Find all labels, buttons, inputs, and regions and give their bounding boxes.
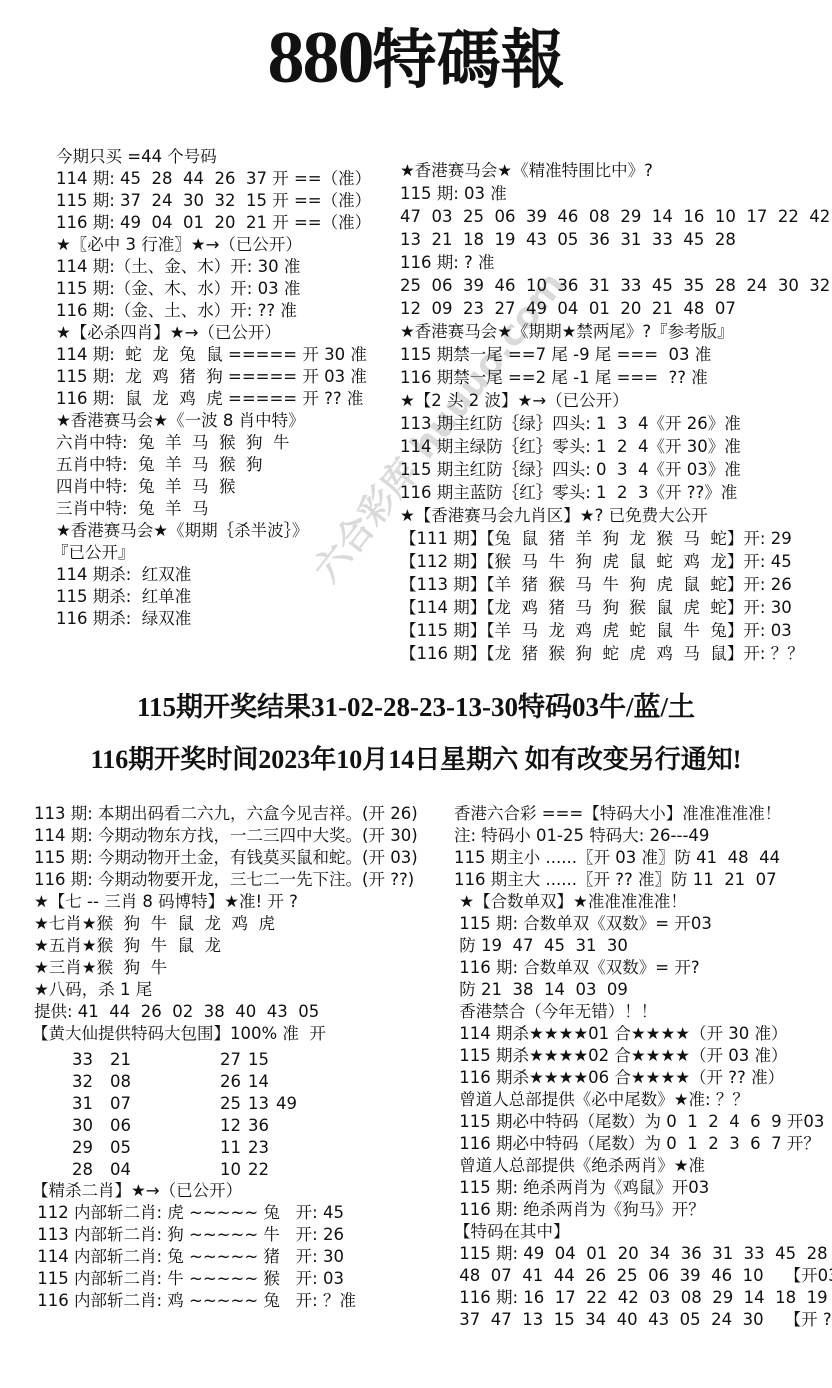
grid-cell: 13 xyxy=(248,1093,269,1115)
text-line: 【116 期】【龙 猪 猴 狗 蛇 虎 鸡 马 鼠】开: ？？ xyxy=(400,643,804,665)
grid-cell: 23 xyxy=(248,1137,269,1159)
text-line: 113 期: 本期出码看二六九，六盒今见吉祥。(开 26) xyxy=(34,803,418,825)
section-heading: ★【七 -- 三肖 8 码博特】★准! 开 ? xyxy=(34,891,298,913)
grid-cell: 06 xyxy=(110,1115,131,1137)
text-line: 防 19 47 45 31 30 xyxy=(454,935,628,957)
text-line: 五肖中特: 兔 羊 马 猴 狗 xyxy=(56,454,263,476)
text-line: 116 期: 今期动物要开龙，三七二一先下注。(开 ??) xyxy=(34,869,414,891)
text-line: 防 21 38 14 03 09 xyxy=(454,979,628,1001)
number-line: 12 09 23 27 49 04 01 20 21 48 07 xyxy=(400,298,736,320)
section-heading: 【特码在其中】 xyxy=(454,1221,570,1243)
text-line: 116 期: 合数单双《双数》= 开? xyxy=(454,957,700,979)
title-text: 特碼報 xyxy=(373,24,565,98)
text-line: 114 期杀★★★★01 合★★★★（开 30 准） xyxy=(454,1023,788,1045)
text-line: 【114 期】【龙 鸡 猪 马 狗 猴 鼠 虎 蛇】开: 30 xyxy=(400,597,792,619)
number-line: 提供: 41 44 26 02 38 40 43 05 xyxy=(34,1001,319,1023)
number-line: 48 07 41 44 26 25 06 39 46 10 【开03】 xyxy=(454,1265,832,1287)
next-draw-banner: 116期开奖时间2023年10月14日星期六 如有改变另行通知! xyxy=(0,743,832,777)
text-line: 115 期: 03 准 xyxy=(400,183,507,205)
grid-cell: 14 xyxy=(248,1071,269,1093)
number-line: 116 期: 16 17 22 42 03 08 29 14 18 19 xyxy=(454,1287,828,1309)
section-heading: ★香港赛马会★《期期｛杀半波｝》 xyxy=(56,520,308,542)
text-line: 114 期: 45 28 44 26 37 开 ==（准） xyxy=(56,168,371,190)
section-heading: 曾道人总部提供《必中尾数》★准: ？？ xyxy=(454,1089,749,1111)
text-line: 【111 期】【兔 鼠 猪 羊 狗 龙 猴 马 蛇】开: 29 xyxy=(400,528,792,550)
text-line: 115 期禁一尾 ==7 尾 -9 尾 === 03 准 xyxy=(400,344,711,366)
text-line: 115 期必中特码（尾数）为 0 1 2 4 6 9 开03 xyxy=(454,1111,824,1133)
number-line: 115 期: 49 04 01 20 34 36 31 33 45 28 xyxy=(454,1243,828,1265)
section-heading: 香港六合彩 ===【特码大小】准准准准准！ xyxy=(454,803,781,825)
text-line: 115 内部斩二肖: 牛 ~~~~~ 猴 开: 03 xyxy=(32,1268,344,1290)
text-line: 『已公开』 xyxy=(52,542,135,564)
grid-cell: 21 xyxy=(110,1049,131,1071)
grid-cell: 36 xyxy=(248,1115,269,1137)
text-line: 116 期主大 ......〖开 ?? 准〗防 11 21 07 xyxy=(454,869,777,891)
text-line: 116 期杀: 绿双准 xyxy=(56,608,191,630)
text-line: 116 期: 绝杀两肖为《狗马》开？ xyxy=(454,1199,705,1221)
number-line: 25 06 39 46 10 36 31 33 45 35 28 24 30 3… xyxy=(400,275,830,297)
draw-result-banner: 115期开奖结果31-02-28-23-13-30特码03牛/蓝/土 xyxy=(0,690,832,724)
grid-cell: 22 xyxy=(248,1159,269,1181)
section-heading: 【精杀二肖】★→（已公开） xyxy=(32,1180,242,1202)
text-line: ★三肖★猴 狗 牛 xyxy=(34,957,167,979)
text-line: 115 期:（金、木、水）开: 03 准 xyxy=(56,278,300,300)
number-line: 47 03 25 06 39 46 08 29 14 16 10 17 22 4… xyxy=(400,206,830,228)
title-number: 880 xyxy=(268,17,373,99)
grid-cell: 25 xyxy=(220,1093,241,1115)
text-line: ★八码，杀 1 尾 xyxy=(34,979,152,1001)
grid-cell: 05 xyxy=(110,1137,131,1159)
grid-cell: 26 xyxy=(220,1071,241,1093)
text-line: ★七肖★猴 狗 牛 鼠 龙 鸡 虎 xyxy=(34,913,275,935)
text-line: 113 期主红防｛绿｝四头: 1 3 4《开 26》准 xyxy=(400,413,741,435)
text-line: ★五肖★猴 狗 牛 鼠 龙 xyxy=(34,935,221,957)
text-line: 116 期杀★★★★06 合★★★★（开 ?? 准） xyxy=(454,1067,784,1089)
grid-cell: 04 xyxy=(110,1159,131,1181)
section-heading: 香港禁合（今年无错）！！ xyxy=(454,1001,657,1023)
text-line: 116 期: 鼠 龙 鸡 虎 ===== 开 ?? 准 xyxy=(56,388,363,410)
grid-cell: 27 xyxy=(220,1049,241,1071)
section-heading: ★香港赛马会★《精准特围比中》? xyxy=(400,160,653,182)
grid-cell: 10 xyxy=(220,1159,241,1181)
text-line: 116 内部斩二肖: 鸡 ~~~~~ 兔 开: ？准 xyxy=(32,1290,356,1312)
text-line: 115 期主红防｛绿｝四头: 0 3 4《开 03》准 xyxy=(400,459,741,481)
text-line: 116 期:（金、土、水）开: ?? 准 xyxy=(56,300,297,322)
text-line: 115 期: 绝杀两肖为《鸡鼠》开03 xyxy=(454,1177,709,1199)
grid-cell: 07 xyxy=(110,1093,131,1115)
section-heading: ★〖必中 3 行准〗★→（已公开） xyxy=(56,234,302,256)
section-heading: ★【合数单双】★准准准准准！ xyxy=(454,891,687,913)
grid-cell: 30 xyxy=(72,1115,93,1137)
text-line: 116 期: ? 准 xyxy=(400,252,495,274)
text-line: 115 期杀: 红单准 xyxy=(56,586,191,608)
text-line: 115 期主小 ......〖开 03 准〗防 41 48 44 xyxy=(454,847,780,869)
text-line: 112 内部斩二肖: 虎 ~~~~~ 兔 开: 45 xyxy=(32,1202,344,1224)
text-line: 115 期杀★★★★02 合★★★★（开 03 准） xyxy=(454,1045,788,1067)
grid-cell: 32 xyxy=(72,1071,93,1093)
text-line: 115 期: 37 24 30 32 15 开 ==（准） xyxy=(56,190,371,212)
section-heading: ★【2 头 2 波】★→（已公开） xyxy=(400,390,629,412)
grid-cell: 49 xyxy=(276,1093,297,1115)
text-line: 116 期主蓝防｛红｝零头: 1 2 3《开 ??》准 xyxy=(400,482,737,504)
text-line: 114 内部斩二肖: 兔 ~~~~~ 猪 开: 30 xyxy=(32,1246,344,1268)
section-heading: ★香港赛马会★《一波 8 肖中特》 xyxy=(56,410,305,432)
text-line: 六肖中特: 兔 羊 马 猴 狗 牛 xyxy=(56,432,290,454)
page-title: 880特碼報 xyxy=(0,18,832,101)
section-heading: 【黄大仙提供特码大包围】100% 准 开 xyxy=(32,1023,326,1045)
grid-cell: 11 xyxy=(220,1137,241,1159)
section-heading: ★【必杀四肖】★→（已公开） xyxy=(56,322,281,344)
text-line: 今期只买 =44 个号码 xyxy=(56,146,217,168)
text-line: 注: 特码小 01-25 特码大: 26---49 xyxy=(454,825,709,847)
section-heading: ★【香港赛马会九肖区】★? 已免费大公开 xyxy=(400,505,708,527)
grid-cell: 29 xyxy=(72,1137,93,1159)
text-line: 115 期: 合数单双《双数》= 开03 xyxy=(454,913,712,935)
section-heading: 曾道人总部提供《绝杀两肖》★准 xyxy=(454,1155,705,1177)
text-line: 【113 期】【羊 猪 猴 马 牛 狗 虎 鼠 蛇】开: 26 xyxy=(400,574,792,596)
text-line: 四肖中特: 兔 羊 马 猴 xyxy=(56,476,236,498)
section-heading: ★香港赛马会★《期期★禁两尾》?『参考版』 xyxy=(400,321,734,343)
grid-cell: 28 xyxy=(72,1159,93,1181)
text-line: 114 期: 今期动物东方找，一二三四中大奖。(开 30) xyxy=(34,825,418,847)
grid-cell: 08 xyxy=(110,1071,131,1093)
text-line: 114 期杀: 红双准 xyxy=(56,564,191,586)
text-line: 113 内部斩二肖: 狗 ~~~~~ 牛 开: 26 xyxy=(32,1224,344,1246)
text-line: 116 期禁一尾 ==2 尾 -1 尾 === ?? 准 xyxy=(400,367,708,389)
text-line: 【115 期】【羊 马 龙 鸡 虎 蛇 鼠 牛 兔】开: 03 xyxy=(400,620,792,642)
text-line: 114 期:（土、金、木）开: 30 准 xyxy=(56,256,300,278)
text-line: 115 期: 龙 鸡 猪 狗 ===== 开 03 准 xyxy=(56,366,367,388)
grid-cell: 31 xyxy=(72,1093,93,1115)
grid-cell: 12 xyxy=(220,1115,241,1137)
text-line: 115 期: 今期动物开土金，有钱莫买鼠和蛇。(开 03) xyxy=(34,847,418,869)
grid-cell: 33 xyxy=(72,1049,93,1071)
text-line: 114 期主绿防｛红｝零头: 1 2 4《开 30》准 xyxy=(400,436,741,458)
text-line: 116 期必中特码（尾数）为 0 1 2 3 6 7 开？ xyxy=(454,1133,820,1155)
number-line: 13 21 18 19 43 05 36 31 33 45 28 xyxy=(400,229,736,251)
grid-cell: 15 xyxy=(248,1049,269,1071)
text-line: 114 期: 蛇 龙 兔 鼠 ===== 开 30 准 xyxy=(56,344,367,366)
text-line: 三肖中特: 兔 羊 马 xyxy=(56,498,209,520)
text-line: 116 期: 49 04 01 20 21 开 ==（准） xyxy=(56,212,371,234)
number-line: 37 47 13 15 34 40 43 05 24 30 【开 ??】 xyxy=(454,1309,832,1331)
text-line: 【112 期】【猴 马 牛 狗 虎 鼠 蛇 鸡 龙】开: 45 xyxy=(400,551,792,573)
